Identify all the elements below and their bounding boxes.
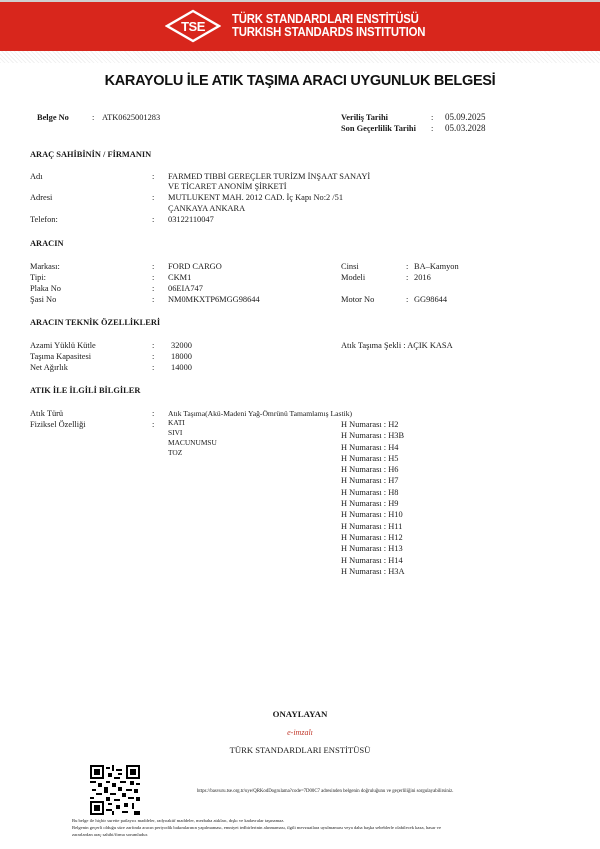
vehicle-chassis-value: NM0MKXTP6MGG98644: [168, 294, 260, 305]
owner-phone-sep: :: [152, 214, 154, 225]
banner-texture: [0, 51, 600, 63]
physical-values-list: KATI SIVI MACUNUMSU TOZ: [168, 418, 217, 458]
approval-heading: ONAYLAYAN: [0, 709, 600, 719]
vehicle-brand-label: Markası:: [30, 261, 60, 272]
physical-value: KATI: [168, 418, 217, 428]
owner-address-line1: MUTLUKENT MAH. 2012 CAD. İç Kapı No:2 /5…: [168, 192, 343, 203]
footer-note-3: zararlardan araç sahibi/firma sorumludur…: [72, 832, 148, 838]
header-banner: TSE TÜRK STANDARDLARI ENSTİTÜSÜ TURKISH …: [0, 0, 600, 51]
vehicle-engine-value: GG98644: [414, 294, 447, 305]
verilis-label: Veriliş Tarihi: [341, 112, 388, 123]
h-number-item: H Numarası : H13: [341, 543, 405, 554]
h-number-item: H Numarası : H11: [341, 521, 405, 532]
son-gecerlilik-sep: :: [431, 123, 433, 134]
net-weight-label: Net Ağırlık: [30, 362, 68, 373]
technical-heading: ARACIN TEKNİK ÖZELLİKLERİ: [30, 318, 160, 327]
vehicle-type-sep: :: [152, 272, 154, 283]
h-number-item: H Numarası : H4: [341, 442, 405, 453]
owner-address-line2: ÇANKAYA ANKARA: [168, 203, 245, 214]
max-mass-value: 32000: [171, 340, 192, 351]
vehicle-chassis-label: Şasi No: [30, 294, 56, 305]
physical-value: SIVI: [168, 428, 217, 438]
transport-mode: Atık Taşıma Şekli : AÇIK KASA: [341, 340, 453, 351]
brand-line-en: TURKISH STANDARDS INSTITUTION: [232, 25, 425, 38]
capacity-value: 18000: [171, 351, 192, 362]
h-number-item: H Numarası : H10: [341, 509, 405, 520]
waste-type-sep: :: [152, 408, 154, 419]
physical-label: Fiziksel Özelliği: [30, 419, 86, 430]
owner-name-sep: :: [152, 171, 154, 182]
vehicle-model-value: 2016: [414, 272, 431, 283]
h-number-item: H Numarası : H3A: [341, 566, 405, 577]
vehicle-engine-sep: :: [406, 294, 408, 305]
owner-address-label: Adresi: [30, 192, 52, 203]
h-number-item: H Numarası : H6: [341, 464, 405, 475]
waste-type-label: Atık Türü: [30, 408, 63, 419]
net-weight-value: 14000: [171, 362, 192, 373]
h-number-item: H Numarası : H7: [341, 475, 405, 486]
max-mass-sep: :: [152, 340, 154, 351]
vehicle-engine-label: Motor No: [341, 294, 374, 305]
h-number-item: H Numarası : H9: [341, 498, 405, 509]
max-mass-label: Azami Yüklü Kütle: [30, 340, 96, 351]
vehicle-model-label: Modeli: [341, 272, 365, 283]
tse-logo-icon: TSE: [165, 9, 221, 43]
brand-name: TÜRK STANDARDLARI ENSTİTÜSÜ TURKISH STAN…: [232, 12, 457, 38]
capacity-label: Taşıma Kapasitesi: [30, 351, 91, 362]
vehicle-brand-value: FORD CARGO: [168, 261, 222, 272]
owner-address-sep: :: [152, 192, 154, 203]
footer-note-1: Bu belge ile hiçbir surette patlayıcı ma…: [72, 818, 284, 824]
h-number-item: H Numarası : H14: [341, 555, 405, 566]
h-number-item: H Numarası : H8: [341, 487, 405, 498]
belge-no-value: ATK0625001283: [102, 112, 160, 123]
verilis-sep: :: [431, 112, 433, 123]
owner-heading: ARAÇ SAHİBİNİN / FİRMANIN: [30, 150, 151, 159]
physical-sep: :: [152, 419, 154, 430]
son-gecerlilik-label: Son Geçerlilik Tarihi: [341, 123, 416, 134]
qr-code-icon[interactable]: [90, 765, 140, 815]
h-number-list: H Numarası : H2H Numarası : H3BH Numaras…: [341, 419, 405, 577]
e-signature: e-imzalı: [0, 728, 600, 737]
net-weight-sep: :: [152, 362, 154, 373]
owner-name-label: Adı: [30, 171, 43, 182]
h-number-item: H Numarası : H5: [341, 453, 405, 464]
h-number-item: H Numarası : H12: [341, 532, 405, 543]
belge-no-label: Belge No: [37, 112, 69, 123]
vehicle-type-value: CKM1: [168, 272, 191, 283]
h-number-item: H Numarası : H3B: [341, 430, 405, 441]
document-title: KARAYOLU İLE ATIK TAŞIMA ARACI UYGUNLUK …: [0, 73, 600, 89]
owner-phone-value: 03122110047: [168, 214, 214, 225]
vehicle-model-sep: :: [406, 272, 408, 283]
vehicle-brand-sep: :: [152, 261, 154, 272]
vehicle-type-label: Tipi:: [30, 272, 46, 283]
physical-value: TOZ: [168, 448, 217, 458]
vehicle-kind-sep: :: [406, 261, 408, 272]
vehicle-chassis-sep: :: [152, 294, 154, 305]
footer-note-2: Belgenin geçerli olduğu süre zarfında ar…: [72, 825, 441, 831]
owner-name-line2: VE TİCARET ANONİM ŞİRKETİ: [168, 181, 287, 192]
vehicle-plate-label: Plaka No: [30, 283, 61, 294]
owner-phone-label: Telefon:: [30, 214, 58, 225]
vehicle-kind-label: Cinsi: [341, 261, 359, 272]
verilis-value: 05.09.2025: [445, 112, 486, 123]
vehicle-kind-value: BA–Kamyon: [414, 261, 459, 272]
approval-institution: TÜRK STANDARDLARI ENSTİTÜSÜ: [0, 745, 600, 755]
verification-link[interactable]: https://basvuru.tse.org.tr/uye/QRKodDogr…: [197, 789, 453, 795]
vehicle-plate-value: 06EIA747: [168, 283, 203, 294]
svg-text:TSE: TSE: [181, 19, 206, 34]
son-gecerlilik-value: 05.03.2028: [445, 123, 486, 134]
h-number-item: H Numarası : H2: [341, 419, 405, 430]
waste-heading: ATIK İLE İLGİLİ BİLGİLER: [30, 386, 140, 395]
capacity-sep: :: [152, 351, 154, 362]
vehicle-plate-sep: :: [152, 283, 154, 294]
physical-value: MACUNUMSU: [168, 438, 217, 448]
belge-no-sep: :: [92, 112, 94, 123]
vehicle-heading: ARACIN: [30, 239, 64, 248]
